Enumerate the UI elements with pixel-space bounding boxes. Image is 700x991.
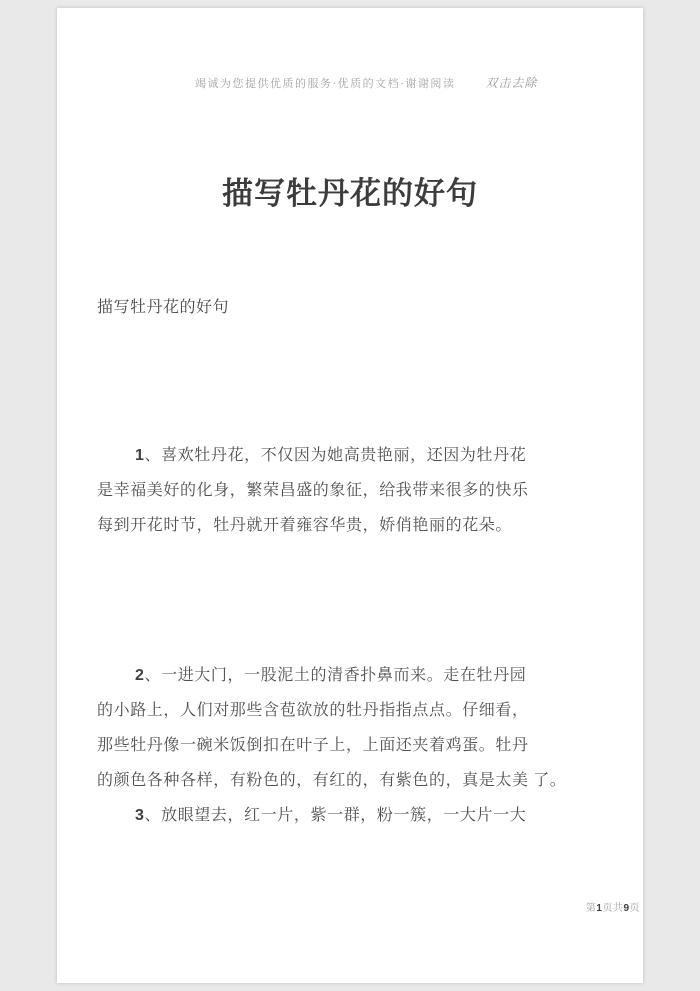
paragraph-number: 2 bbox=[135, 667, 145, 684]
footer-label: 页 bbox=[630, 903, 641, 914]
body-line: 3、放眼望去，红一片，紫一群，粉一簇，一大片一大 bbox=[97, 798, 537, 833]
paragraph-3: 3、放眼望去，红一片，紫一群，粉一簇，一大片一大 bbox=[97, 798, 537, 833]
footer-label: 第 bbox=[586, 903, 597, 914]
body-line: 每到开花时节，牡丹就开着雍容华贵，娇俏艳丽的花朵。 bbox=[97, 508, 537, 543]
footer-label: 页共 bbox=[602, 903, 623, 914]
header-service-text: 竭诚为您提供优质的服务·优质的文档·谢谢阅读 bbox=[195, 78, 455, 90]
page-footer: 第1页共9页 bbox=[586, 899, 640, 914]
paragraph-number: 1 bbox=[135, 447, 145, 464]
body-line: 是幸福美好的化身，繁荣昌盛的象征，给我带来很多的快乐 bbox=[97, 473, 537, 508]
paragraph-1: 1、喜欢牡丹花，不仅因为她高贵艳丽，还因为牡丹花 是幸福美好的化身，繁荣昌盛的象… bbox=[97, 438, 537, 543]
header-remove-note: 双击去除 bbox=[485, 76, 537, 90]
body-line: 1、喜欢牡丹花，不仅因为她高贵艳丽，还因为牡丹花 bbox=[97, 438, 537, 473]
body-line: 那些牡丹像一碗米饭倒扣在叶子上，上面还夹着鸡蛋。牡丹 bbox=[97, 728, 537, 763]
document-header: 竭诚为您提供优质的服务·优质的文档·谢谢阅读双击去除 bbox=[195, 74, 537, 91]
document-page: 竭诚为您提供优质的服务·优质的文档·谢谢阅读双击去除 描写牡丹花的好句 描写牡丹… bbox=[57, 8, 643, 983]
body-line-text: 、放眼望去，红一片，紫一群，粉一簇，一大片一大 bbox=[145, 807, 527, 824]
body-line: 的小路上，人们对那些含苞欲放的牡丹指指点点。仔细看， bbox=[97, 693, 537, 728]
paragraph-2: 2、一进大门，一股泥土的清香扑鼻而来。走在牡丹园 的小路上，人们对那些含苞欲放的… bbox=[97, 658, 537, 798]
body-line-text: 、一进大门，一股泥土的清香扑鼻而来。走在牡丹园 bbox=[145, 667, 527, 684]
body-line: 2、一进大门，一股泥土的清香扑鼻而来。走在牡丹园 bbox=[97, 658, 537, 693]
page-title: 描写牡丹花的好句 bbox=[57, 168, 643, 213]
paragraph-number: 3 bbox=[135, 807, 145, 824]
document-subtitle: 描写牡丹花的好句 bbox=[97, 294, 229, 317]
body-line: 的颜色各种各样，有粉色的，有红的，有紫色的，真是太美 了。 bbox=[97, 763, 537, 798]
body-line-text: 、喜欢牡丹花，不仅因为她高贵艳丽，还因为牡丹花 bbox=[145, 447, 527, 464]
